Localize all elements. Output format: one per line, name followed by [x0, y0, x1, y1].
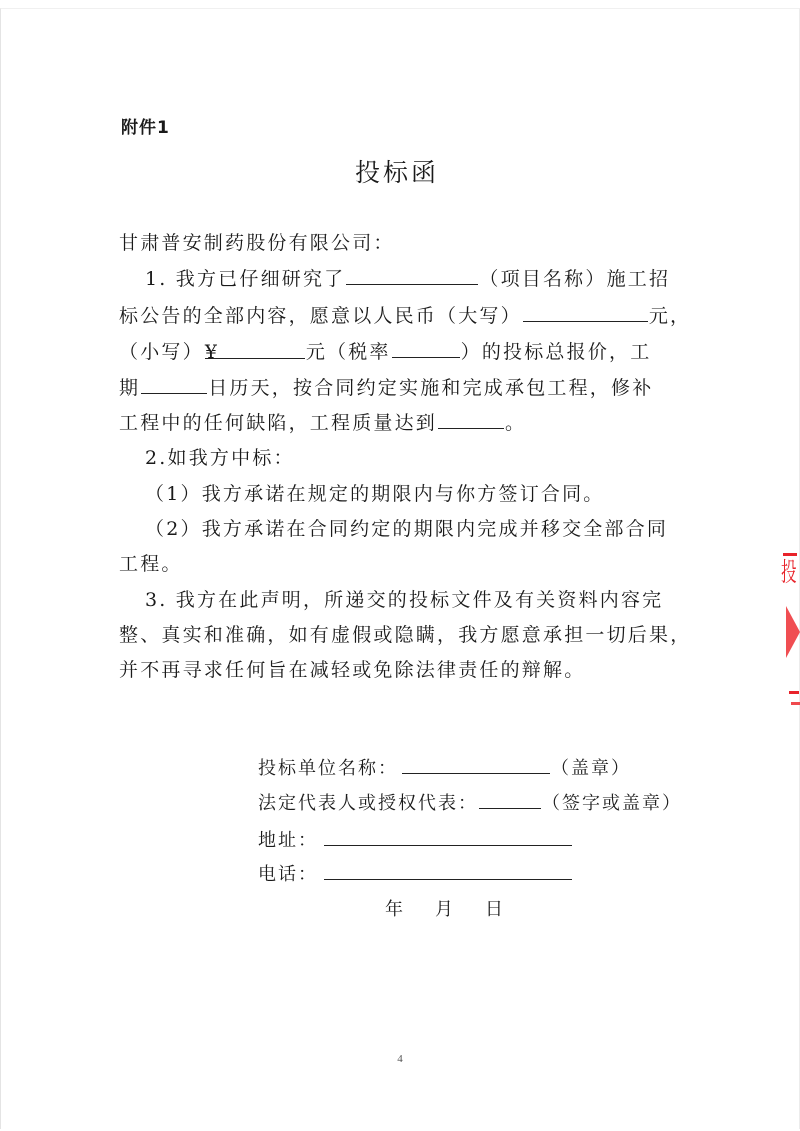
day-label: 日: [485, 895, 505, 921]
representative-row: 法定代表人或授权代表：（签字或盖章）: [258, 792, 682, 816]
amount-uppercase-blank[interactable]: [523, 303, 648, 322]
yuan-currency-sign: ¥: [205, 341, 219, 363]
clause2-heading: 2.如我方中标：: [145, 446, 295, 470]
month-label: 月: [435, 895, 455, 921]
clause3-line1: 3. 我方在此声明，所递交的投标文件及有关资料内容完: [145, 588, 663, 612]
seal-note: （盖章）: [551, 758, 631, 779]
seal-fragment: [789, 691, 799, 694]
clause1-line4: 期日历天，按合同约定实施和完成承包工程，修补: [119, 375, 653, 400]
bidder-name-label: 投标单位名称：: [258, 758, 398, 779]
representative-blank[interactable]: [479, 792, 541, 809]
seal-fragment: [791, 702, 800, 705]
project-name-blank[interactable]: [346, 266, 478, 285]
addressee: 甘肃普安制药股份有限公司：: [119, 231, 395, 255]
clause1-line1: 1. 我方已仔细研究了（项目名称）施工招: [145, 266, 670, 291]
phone-row: 电话：: [258, 863, 573, 887]
phone-blank[interactable]: [324, 863, 572, 880]
clause2-item2-line2: 工程。: [119, 552, 183, 576]
date-row: 年月日: [385, 895, 535, 921]
address-label: 地址：: [258, 830, 318, 851]
text: 日历天，按合同约定实施和完成承包工程，修补: [208, 377, 653, 399]
text: ）的投标总报价，工: [461, 341, 652, 363]
document-title: 投标函: [0, 153, 800, 189]
address-blank[interactable]: [324, 829, 572, 846]
text: 期: [119, 377, 140, 399]
clause3-line2: 整、真实和准确，如有虚假或隐瞒，我方愿意承担一切后果，: [119, 623, 691, 647]
bidder-name-blank[interactable]: [402, 757, 550, 774]
clause2-item1: （1）我方承诺在规定的期限内与你方签订合同。: [145, 482, 605, 506]
representative-label: 法定代表人或授权代表：: [258, 793, 478, 814]
bidder-name-row: 投标单位名称：（盖章）: [258, 757, 631, 781]
sign-or-seal-note: （签字或盖章）: [542, 793, 682, 814]
clause2-item2-line1: （2）我方承诺在合同约定的期限内完成并移交全部合同: [145, 517, 668, 541]
text: （项目名称）施工招: [479, 268, 670, 290]
quality-standard-blank[interactable]: [438, 410, 504, 429]
text: （小写）: [119, 341, 204, 363]
title-text: 投标函: [355, 158, 439, 187]
address-row: 地址：: [258, 829, 573, 853]
seal-star-fragment-icon: [786, 606, 800, 658]
amount-lowercase-blank[interactable]: ¥: [205, 340, 305, 359]
text: 元，: [649, 305, 691, 327]
text: 元（税率: [306, 341, 391, 363]
text: 标公告的全部内容，愿意以人民币（大写）: [119, 305, 522, 327]
clause3-line3: 并不再寻求任何旨在减轻或免除法律责任的辩解。: [119, 658, 585, 682]
text: 1. 我方已仔细研究了: [145, 268, 345, 290]
clause1-line5: 工程中的任何缺陷，工程质量达到。: [119, 410, 526, 435]
text: 工程中的任何缺陷，工程质量达到: [119, 412, 437, 434]
year-label: 年: [385, 895, 405, 921]
duration-days-blank[interactable]: [141, 375, 207, 394]
clause1-line2: 标公告的全部内容，愿意以人民币（大写）元，: [119, 303, 691, 328]
annex-label: 附件1: [121, 113, 170, 138]
text: 。: [505, 412, 526, 434]
page-number: 4: [0, 1053, 800, 1065]
red-seal-fragment-icon: 投: [781, 552, 797, 589]
clause1-line3: （小写）¥元（税率）的投标总报价，工: [119, 339, 651, 364]
tax-rate-blank[interactable]: [392, 339, 460, 358]
phone-label: 电话：: [258, 864, 318, 885]
